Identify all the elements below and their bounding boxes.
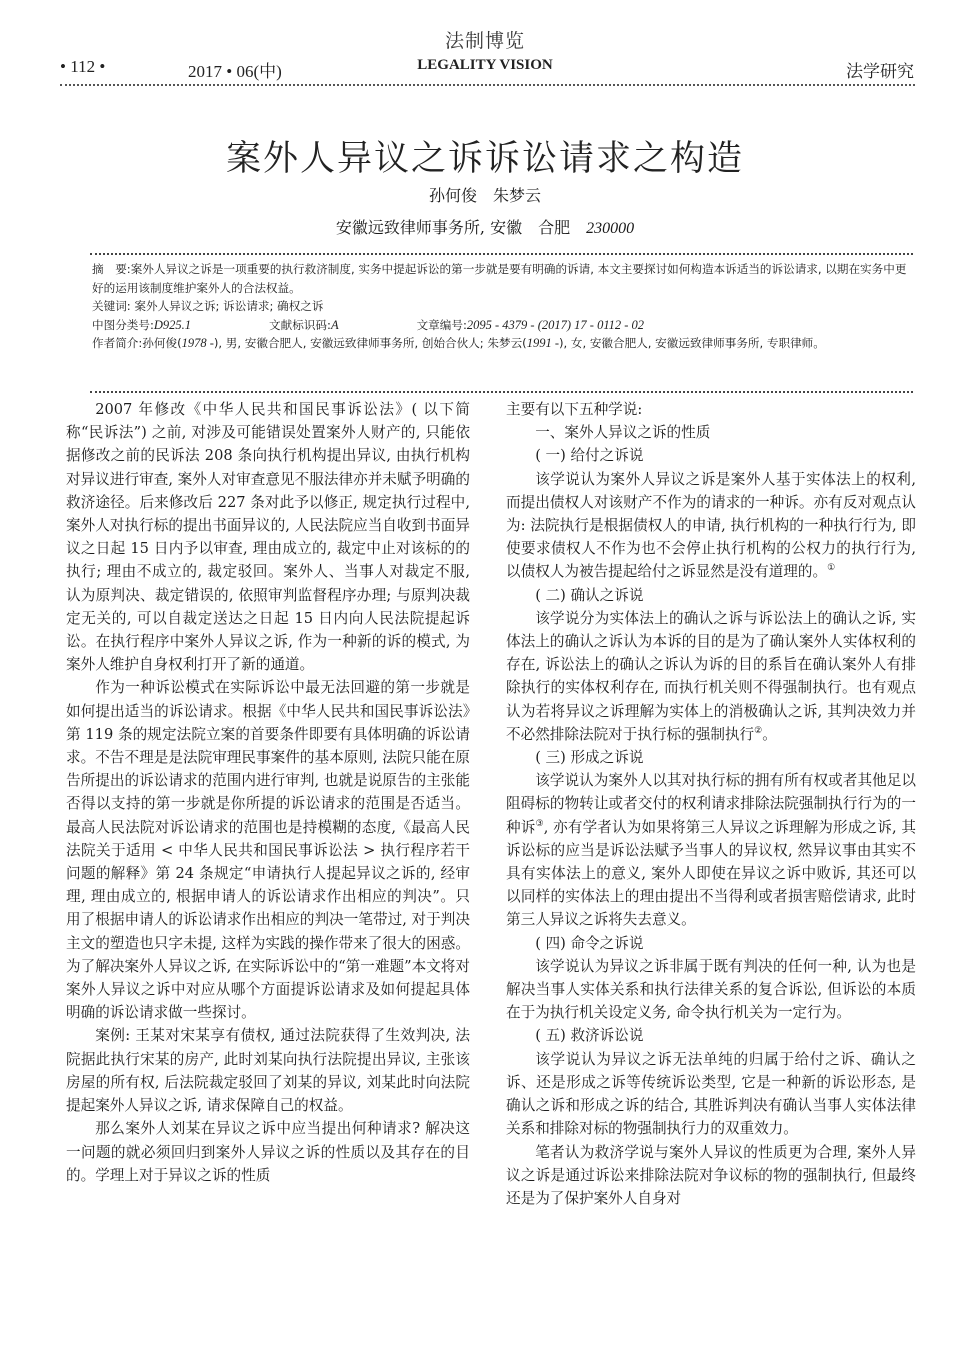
author-bio-text: 孙何俊( — [142, 336, 181, 350]
case-paragraph: 案例: 王某对宋某享有债权, 通过法院获得了生效判决, 法院据此执行宋某的房产,… — [66, 1024, 470, 1117]
clc-label: 中图分类号: — [92, 318, 154, 332]
header-divider — [60, 84, 915, 86]
postcode: 230000 — [586, 220, 634, 237]
abstract-text: 案外人异议之诉是一项重要的执行救济制度, 实务中提起诉讼的第一步就是要有明确的诉… — [92, 262, 906, 295]
subsection-heading: ( 二) 确认之诉说 — [506, 584, 916, 607]
subsection-heading: ( 三) 形成之诉说 — [506, 746, 916, 769]
footnote-ref[interactable]: ③ — [535, 819, 543, 829]
classification-line: 中图分类号:D925.1文献标识码:A文章编号:2095 - 4379 - (2… — [92, 316, 914, 335]
body-column-left: 2007 年修改《中华人民共和国民事诉讼法》( 以下简称“民诉法”) 之前, 对… — [66, 398, 470, 1187]
abstract-divider-bottom — [90, 391, 913, 393]
body-paragraph: 那么案外人刘某在异议之诉中应当提出何种请求? 解决这一问题的就必须回归到案外人异… — [66, 1117, 470, 1187]
body-paragraph: 主要有以下五种学说: — [506, 398, 916, 421]
keywords-text: 案外人异议之诉; 诉讼请求; 确权之诉 — [134, 299, 323, 313]
article-affiliation: 安徽远致律师事务所, 安徽 合肥 230000 — [0, 215, 970, 238]
body-paragraph: 该学说认为异议之诉非属于既有判决的任何一种, 认为也是解决当事人实体关系和执行法… — [506, 955, 916, 1025]
paragraph-text: 。 — [762, 726, 777, 743]
body-paragraph: 2007 年修改《中华人民共和国民事诉讼法》( 以下简称“民诉法”) 之前, 对… — [66, 398, 470, 676]
journal-title-en: LEGALITY VISION — [0, 57, 970, 74]
author-bio: 作者简介:孙何俊(1978 -), 男, 安徽合肥人, 安徽远致律师事务所, 创… — [92, 334, 914, 353]
body-paragraph: 该学说认为案外人异议之诉是案外人基于实体法上的权利, 而提出债权人对该财产不作为… — [506, 468, 916, 584]
affiliation-text: 安徽远致律师事务所, 安徽 合肥 — [336, 218, 570, 237]
subsection-heading: ( 一) 给付之诉说 — [506, 444, 916, 467]
author-birth-year: 1978 - — [182, 336, 214, 350]
body-paragraph: 该学说认为案外人以其对执行标的拥有所有权或者其他足以阻碍标的物转让或者交付的权利… — [506, 769, 916, 931]
keywords-line: 关键词: 案外人异议之诉; 诉讼请求; 确权之诉 — [92, 297, 914, 316]
footnote-ref[interactable]: ① — [827, 564, 835, 574]
subsection-heading: ( 四) 命令之诉说 — [506, 932, 916, 955]
body-column-right: 主要有以下五种学说: 一、案外人异议之诉的性质 ( 一) 给付之诉说 该学说认为… — [506, 398, 916, 1210]
paragraph-text: 该学说认为案外人异议之诉是案外人基于实体法上的权利, 而提出债权人对该财产不作为… — [506, 471, 916, 581]
author-bio-text: ), 男, 安徽合肥人, 安徽远致律师事务所, 创始合伙人; 朱梦云( — [214, 336, 527, 350]
clc-value: D925.1 — [154, 318, 191, 332]
body-paragraph: 该学说认为异议之诉无法单纯的归属于给付之诉、确认之诉、还是形成之诉等传统诉讼类型… — [506, 1048, 916, 1141]
abstract-divider-top — [90, 253, 913, 255]
doc-code-value: A — [331, 318, 339, 332]
footnote-ref[interactable]: ② — [754, 726, 762, 736]
article-authors: 孙何俊 朱梦云 — [0, 183, 970, 206]
doc-code-label: 文献标识码: — [269, 318, 331, 332]
article-no-value: 2095 - 4379 - (2017) 17 - 0112 - 02 — [467, 318, 644, 332]
body-paragraph: 该学说分为实体法上的确认之诉与诉讼法上的确认之诉, 实体法上的确认之诉认为本诉的… — [506, 607, 916, 746]
abstract-label: 摘 要: — [92, 262, 131, 276]
section-heading: 一、案外人异议之诉的性质 — [506, 421, 916, 444]
section-label: 法学研究 — [846, 57, 914, 82]
journal-title-cn: 法制博览 — [0, 26, 970, 53]
body-paragraph: 笔者认为救济学说与案外人异议的性质更为合理, 案外人异议之诉是通过诉讼来排除法院… — [506, 1141, 916, 1211]
abstract-paragraph: 摘 要:案外人异议之诉是一项重要的执行救济制度, 实务中提起诉讼的第一步就是要有… — [92, 260, 914, 297]
body-paragraph: 作为一种诉讼模式在实际诉讼中最无法回避的第一步就是如何提出适当的诉讼请求。根据《… — [66, 676, 470, 1024]
paragraph-text: 该学说分为实体法上的确认之诉与诉讼法上的确认之诉, 实体法上的确认之诉认为本诉的… — [506, 610, 916, 743]
author-birth-year: 1991 - — [527, 336, 559, 350]
subsection-heading: ( 五) 救济诉讼说 — [506, 1024, 916, 1047]
author-bio-label: 作者简介: — [92, 336, 142, 350]
article-no-label: 文章编号: — [417, 318, 467, 332]
author-bio-text: ), 女, 安徽合肥人, 安徽远致律师事务所, 专职律师。 — [559, 336, 825, 350]
keywords-label: 关键词: — [92, 299, 131, 313]
article-title: 案外人异议之诉诉讼请求之构造 — [0, 131, 970, 181]
paragraph-text: , 亦有学者认为如果将第三人异议之诉理解为形成之诉, 其诉讼标的应当是诉讼法赋予… — [506, 819, 916, 929]
abstract-block: 摘 要:案外人异议之诉是一项重要的执行救济制度, 实务中提起诉讼的第一步就是要有… — [92, 260, 914, 353]
